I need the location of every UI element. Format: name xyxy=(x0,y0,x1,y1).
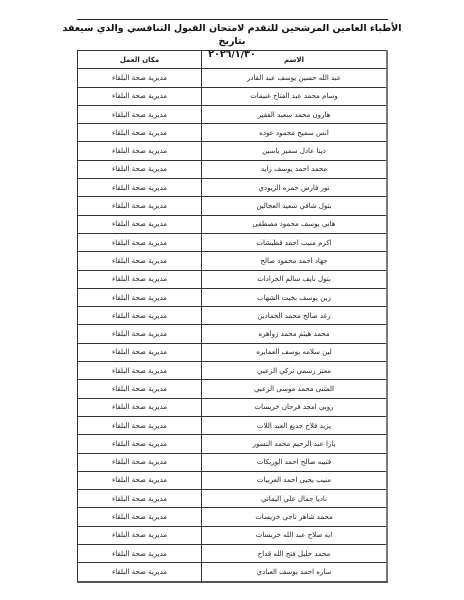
cell-name: عبد الله حسين يوسف عبد القادر xyxy=(202,69,388,87)
cell-workplace: مديرية صحة البلقاء xyxy=(78,160,202,178)
cell-name: بتول نايف سالم الجرادات xyxy=(202,270,388,288)
table-row: يزيد فلاح جديع العبد اللاتمديرية صحة الب… xyxy=(78,416,388,434)
cell-name: معتز رسمي تركي الزعبي xyxy=(202,362,388,380)
table-row: رغد صالح محمد الحمادينمديرية صحة البلقاء xyxy=(78,307,388,325)
cell-workplace: مديرية صحة البلقاء xyxy=(78,453,202,471)
table-row: هارون محمد سعيد الفقيرمديرية صحة البلقاء xyxy=(78,105,388,123)
table-row: قتيبه صالح احمد الوريكاتمديرية صحة البلق… xyxy=(78,453,388,471)
table-row: ناديا جمال علي اليمانيمديرية صحة البلقاء xyxy=(78,490,388,508)
cell-workplace: مديرية صحة البلقاء xyxy=(78,69,202,87)
table-row: يارا عبد الرحيم محمد النسورمديرية صحة ال… xyxy=(78,435,388,453)
cell-name: ايه صلاح عبد الله خريسات xyxy=(202,526,388,544)
cell-name: روبي امجد فرحان خريسات xyxy=(202,398,388,416)
table-row: محمد هيثم محمد زواهرهمديرية صحة البلقاء xyxy=(78,325,388,343)
cell-workplace: مديرية صحة البلقاء xyxy=(78,105,202,123)
cell-name: ساره احمد يوسف العبادي xyxy=(202,563,388,582)
header-workplace: مكان العمل xyxy=(78,51,202,69)
table-row: نور فارس حمزه الزيوديمديرية صحة البلقاء xyxy=(78,179,388,197)
cell-workplace: مديرية صحة البلقاء xyxy=(78,325,202,343)
table-row: هاني يوسف محمود مصطفىمديرية صحة البلقاء xyxy=(78,215,388,233)
cell-name: هارون محمد سعيد الفقير xyxy=(202,105,388,123)
cell-name: المثنى محمد موسى الزعبي xyxy=(202,380,388,398)
cell-workplace: مديرية صحة البلقاء xyxy=(78,87,202,105)
cell-name: بتول شافي سعيد العجالين xyxy=(202,197,388,215)
table-row: المثنى محمد موسى الزعبيمديرية صحة البلقا… xyxy=(78,380,388,398)
cell-name: يزيد فلاح جديع العبد اللات xyxy=(202,416,388,434)
cell-workplace: مديرية صحة البلقاء xyxy=(78,563,202,582)
cell-workplace: مديرية صحة البلقاء xyxy=(78,343,202,361)
cell-workplace: مديرية صحة البلقاء xyxy=(78,416,202,434)
table-row: بتول شافي سعيد العجالينمديرية صحة البلقا… xyxy=(78,197,388,215)
table-row: اكرم منيب احمد قطيشاتمديرية صحة البلقاء xyxy=(78,233,388,251)
table-row: وسام محمد عبد الفتاح غنيماتمديرية صحة ال… xyxy=(78,87,388,105)
table-body: عبد الله حسين يوسف عبد القادرمديرية صحة … xyxy=(78,69,388,582)
cell-workplace: مديرية صحة البلقاء xyxy=(78,142,202,160)
header-name: الاسم xyxy=(202,51,388,69)
table-header-row: الاسم مكان العمل xyxy=(78,51,388,69)
cell-workplace: مديرية صحة البلقاء xyxy=(78,380,202,398)
cell-workplace: مديرية صحة البلقاء xyxy=(78,435,202,453)
top-rule xyxy=(77,19,388,20)
cell-workplace: مديرية صحة البلقاء xyxy=(78,508,202,526)
table-row: محمد شاهر ناجي خريساتمديرية صحة البلقاء xyxy=(78,508,388,526)
cell-name: محمد شاهر ناجي خريسات xyxy=(202,508,388,526)
cell-name: دينا عادل سمير ياسين xyxy=(202,142,388,160)
cell-workplace: مديرية صحة البلقاء xyxy=(78,288,202,306)
table-row: دينا عادل سمير ياسينمديرية صحة البلقاء xyxy=(78,142,388,160)
cell-name: ناديا جمال علي اليماني xyxy=(202,490,388,508)
cell-workplace: مديرية صحة البلقاء xyxy=(78,362,202,380)
cell-name: نور فارس حمزه الزيودي xyxy=(202,179,388,197)
cell-name: محمد خليل فتح الله قداح xyxy=(202,545,388,563)
cell-name: رغد صالح محمد الحمادين xyxy=(202,307,388,325)
table-row: لين سلامه يوسف العمايرهمديرية صحة البلقا… xyxy=(78,343,388,361)
table-row: منيب يحيى احمد العربياتمديرية صحة البلقا… xyxy=(78,471,388,489)
table-row: معتز رسمي تركي الزعبيمديرية صحة البلقاء xyxy=(78,362,388,380)
cell-name: قتيبه صالح احمد الوريكات xyxy=(202,453,388,471)
cell-name: زين يوسف بخيت الشهاب xyxy=(202,288,388,306)
table-row: محمد احمد يوسف زايدمديرية صحة البلقاء xyxy=(78,160,388,178)
cell-workplace: مديرية صحة البلقاء xyxy=(78,233,202,251)
table-row: عبد الله حسين يوسف عبد القادرمديرية صحة … xyxy=(78,69,388,87)
table-row: محمد خليل فتح الله قداحمديرية صحة البلقا… xyxy=(78,545,388,563)
table-row: زين يوسف بخيت الشهابمديرية صحة البلقاء xyxy=(78,288,388,306)
cell-name: لين سلامه يوسف العمايره xyxy=(202,343,388,361)
cell-workplace: مديرية صحة البلقاء xyxy=(78,252,202,270)
cell-workplace: مديرية صحة البلقاء xyxy=(78,307,202,325)
cell-name: يارا عبد الرحيم محمد النسور xyxy=(202,435,388,453)
cell-name: منيب يحيى احمد العربيات xyxy=(202,471,388,489)
cell-workplace: مديرية صحة البلقاء xyxy=(78,545,202,563)
cell-name: جهاد احمد محمود صالح xyxy=(202,252,388,270)
cell-name: اكرم منيب احمد قطيشات xyxy=(202,233,388,251)
cell-workplace: مديرية صحة البلقاء xyxy=(78,197,202,215)
cell-workplace: مديرية صحة البلقاء xyxy=(78,124,202,142)
cell-name: محمد هيثم محمد زواهره xyxy=(202,325,388,343)
cell-workplace: مديرية صحة البلقاء xyxy=(78,526,202,544)
table-row: ايه صلاح عبد الله خريساتمديرية صحة البلق… xyxy=(78,526,388,544)
title-line-1: الأطباء العامين المرشحين للتقدم لامتحان … xyxy=(60,22,404,48)
cell-workplace: مديرية صحة البلقاء xyxy=(78,398,202,416)
cell-name: محمد احمد يوسف زايد xyxy=(202,160,388,178)
cell-name: انس سميح محمود عوده xyxy=(202,124,388,142)
table-row: بتول نايف سالم الجراداتمديرية صحة البلقا… xyxy=(78,270,388,288)
cell-workplace: مديرية صحة البلقاء xyxy=(78,490,202,508)
table-row: انس سميح محمود عودهمديرية صحة البلقاء xyxy=(78,124,388,142)
cell-workplace: مديرية صحة البلقاء xyxy=(78,471,202,489)
cell-name: وسام محمد عبد الفتاح غنيمات xyxy=(202,87,388,105)
cell-workplace: مديرية صحة البلقاء xyxy=(78,179,202,197)
table-row: جهاد احمد محمود صالحمديرية صحة البلقاء xyxy=(78,252,388,270)
table-row: ساره احمد يوسف العباديمديرية صحة البلقاء xyxy=(78,563,388,582)
cell-name: هاني يوسف محمود مصطفى xyxy=(202,215,388,233)
table-row: روبي امجد فرحان خريساتمديرية صحة البلقاء xyxy=(78,398,388,416)
cell-workplace: مديرية صحة البلقاء xyxy=(78,270,202,288)
cell-workplace: مديرية صحة البلقاء xyxy=(78,215,202,233)
candidates-table: الاسم مكان العمل عبد الله حسين يوسف عبد … xyxy=(77,50,388,583)
